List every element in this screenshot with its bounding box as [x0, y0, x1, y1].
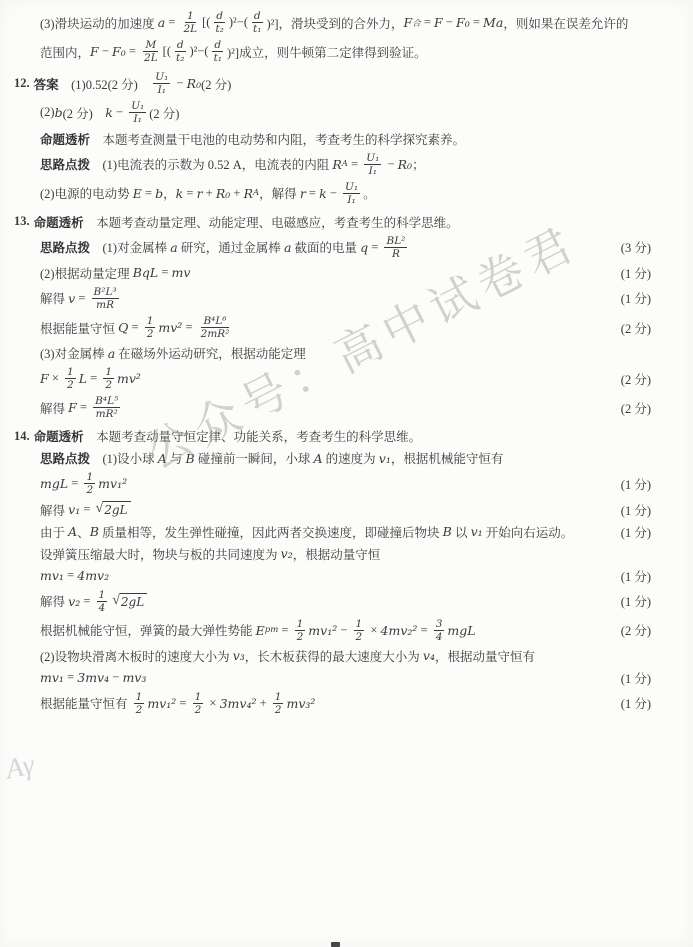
line-content: 思路点拨 (1)电流表的示数为 0.52 A，电流表的内阻 RA = U₁I₁ …	[14, 151, 651, 178]
text-run: ，则如果在误差允许的	[503, 14, 628, 32]
fraction-numerator: d	[212, 39, 223, 52]
math-variable: BqL	[133, 265, 159, 280]
text-run: −	[384, 157, 397, 172]
math-variable: 3mv₄²	[220, 696, 257, 711]
solution-line: 解得 v = B²L³mR(1 分)	[14, 285, 651, 312]
fraction-numerator: U₁	[343, 181, 360, 194]
page-number-partial	[331, 942, 340, 947]
text-run: (2)	[40, 105, 55, 120]
score-label: (2 分)	[621, 399, 651, 417]
text-run: ，	[163, 184, 176, 202]
math-variable: a	[170, 240, 177, 255]
score-label: (1 分)	[621, 694, 651, 712]
text-run: ；	[412, 155, 425, 173]
fraction: 12	[103, 366, 114, 391]
math-variable: L	[79, 371, 87, 386]
text-run: =	[182, 320, 195, 335]
line-content: 根据能量守恒 Q = 12mv² = B⁴L⁶2mR²	[14, 314, 611, 341]
fraction: 12	[354, 618, 365, 643]
score-label: (1 分)	[621, 264, 651, 282]
text-run: −	[113, 105, 126, 120]
text-run: =	[142, 186, 155, 201]
bold-label: 思路点拨	[40, 449, 90, 467]
fraction-numerator: 1	[65, 366, 76, 379]
bold-label: 思路点拨	[40, 238, 90, 256]
fraction-denominator: 2mR²	[199, 328, 232, 340]
solution-line: (3)滑块运动的加速度 a = 12L[(dt₂)²−(dt₁)²]，滑块受到的…	[14, 9, 651, 36]
fraction: U₁I₁	[364, 152, 381, 177]
fraction-denominator: t₂	[174, 52, 186, 64]
math-variable: v₃	[233, 648, 245, 663]
radical-sign: √	[112, 593, 120, 610]
text-run: 本题考查动量守恒定律、功能关系，考查考生的科学思维。	[84, 427, 422, 445]
math-variable: A	[313, 451, 322, 466]
fraction: 12	[65, 366, 76, 391]
text-run: (1)0.52(2 分)	[59, 75, 151, 93]
text-run: (3)滑块运动的加速度	[40, 14, 158, 32]
math-variable: B	[90, 524, 99, 539]
fraction-numerator: B²L³	[92, 286, 119, 299]
solution-line: 命题透析 本题考查测量干电池的电动势和内阻，考查考生的科学探究素养。	[14, 129, 651, 149]
fraction: 12	[295, 618, 306, 643]
text-run: 本题考查动量定理、动能定理、电磁感应，考查考生的科学思维。	[84, 213, 459, 231]
text-run: +	[256, 696, 269, 711]
text-run: −	[99, 44, 112, 59]
line-content: 答案 (1)0.52(2 分) U₁I₁ − R₀(2 分)	[34, 70, 651, 97]
radicand: 2gL	[103, 501, 130, 517]
text-run: 、	[77, 523, 90, 541]
text-run: 。	[363, 184, 376, 202]
bold-label: 命题透析	[34, 427, 84, 445]
fraction-numerator: d	[175, 39, 186, 52]
fraction: U₁I₁	[129, 100, 146, 125]
math-variable: E	[133, 186, 142, 201]
text-run: =	[68, 476, 81, 491]
solution-line: 12.答案 (1)0.52(2 分) U₁I₁ − R₀(2 分)	[14, 70, 651, 97]
math-variable: mgL	[40, 476, 68, 491]
math-variable: v₁	[68, 502, 80, 517]
fraction: dt₂	[213, 10, 225, 35]
fraction-numerator: d	[214, 10, 225, 23]
text-run: 的速度为	[323, 449, 379, 467]
fraction-numerator: U₁	[364, 152, 381, 165]
fraction-numerator: 1	[193, 691, 204, 704]
solution-line: 由于 A、B 质量相等，发生弹性碰撞，因此两者交换速度，即碰撞后物块 B 以 v…	[14, 522, 651, 542]
text-run: =	[278, 623, 291, 638]
fraction-denominator: mR	[94, 299, 116, 311]
score-label: (2 分)	[621, 319, 651, 337]
text-run: 根据机械能守恒，弹簧的最大弹性势能	[40, 621, 256, 639]
score-label: (1 分)	[621, 669, 651, 687]
solution-line: 思路点拨 (1)电流表的示数为 0.52 A，电流表的内阻 RA = U₁I₁ …	[14, 151, 651, 178]
fraction-denominator: 2	[273, 704, 284, 716]
solution-line: 思路点拨 (1)设小球 A 与 B 碰撞前一瞬间，小球 A 的速度为 v₁，根据…	[14, 448, 651, 468]
text-run: =	[183, 186, 196, 201]
text-run: 解得	[40, 592, 68, 610]
line-content: mv₁ = 3mv₄ − mv₃	[14, 670, 611, 685]
bold-label: 答案	[34, 75, 59, 93]
solution-lines-container: (3)滑块运动的加速度 a = 12L[(dt₂)²−(dt₁)²]，滑块受到的…	[0, 0, 693, 717]
bold-label: 命题透析	[40, 130, 90, 148]
fraction: 12L	[181, 10, 199, 35]
fraction: U₁I₁	[343, 181, 360, 206]
text-run: =	[348, 157, 361, 172]
fraction-numerator: B⁴L⁵	[93, 395, 120, 408]
solution-line: F × 12L = 12mv²(2 分)	[14, 365, 651, 392]
math-variable: 3mv₄	[77, 670, 109, 685]
text-run: 与	[167, 449, 186, 467]
text-run: 解得	[40, 289, 68, 307]
fraction-denominator: 2	[134, 704, 145, 716]
math-variable: Ma	[483, 15, 503, 30]
text-run: 本题考查测量干电池的电动势和内阻，考查考生的科学探究素养。	[90, 130, 465, 148]
score-label: (1 分)	[621, 475, 651, 493]
fraction-denominator: 2	[84, 484, 95, 496]
fraction-numerator: 1	[354, 618, 365, 631]
fraction-denominator: I₁	[367, 165, 379, 177]
text-run: (3)对金属棒	[40, 344, 108, 362]
text-run: 开始向右运动。	[483, 523, 574, 541]
solution-line: mv₁ = 3mv₄ − mv₃(1 分)	[14, 668, 651, 688]
math-variable: q	[360, 240, 368, 255]
score-label: (1 分)	[621, 523, 651, 541]
line-content: (2)设物块滑离木板时的速度大小为 v₃，长木板获得的最大速度大小为 v₄，根据…	[14, 647, 651, 665]
math-variable: F	[68, 400, 77, 415]
solution-line: (3)对金属棒 a 在磁场外运动研究，根据动能定理	[14, 343, 651, 363]
solution-line: (2)根据动量定理 BqL = mv(1 分)	[14, 263, 651, 283]
text-run: =	[126, 44, 139, 59]
text-run: )²−(	[189, 44, 208, 59]
fraction-denominator: 2L	[142, 52, 160, 64]
fraction-denominator: mR²	[94, 408, 120, 420]
line-content: 解得 v = B²L³mR	[14, 285, 611, 312]
line-content: 命题透析 本题考查测量干电池的电动势和内阻，考查考生的科学探究素养。	[14, 130, 651, 148]
line-content: 由于 A、B 质量相等，发生弹性碰撞，因此两者交换速度，即碰撞后物块 B 以 v…	[14, 523, 611, 541]
text-run: =	[176, 696, 189, 711]
line-content: mgL = 12mv₁²	[14, 470, 611, 497]
text-run: 质量相等，发生弹性碰撞，因此两者交换速度，即碰撞后物块	[99, 523, 443, 541]
math-variable: F₀	[456, 15, 470, 30]
solution-line: mgL = 12mv₁²(1 分)	[14, 470, 651, 497]
solution-line: 思路点拨 (1)对金属棒 a 研究，通过金属棒 a 截面的电量 q = BL²R…	[14, 234, 651, 261]
radical-sign: √	[96, 501, 104, 518]
math-variable: mv²	[158, 320, 182, 335]
text-run: (2)根据动量定理	[40, 264, 133, 282]
fraction-denominator: 2	[145, 328, 156, 340]
sqrt-expression: √2gL	[96, 501, 131, 518]
math-variable: mv₃	[122, 670, 146, 685]
line-content: 思路点拨 (1)对金属棒 a 研究，通过金属棒 a 截面的电量 q = BL²R	[14, 234, 611, 261]
solution-line: (2)b(2 分) k − U₁I₁(2 分)	[14, 99, 651, 126]
text-run: (1)对金属棒	[90, 238, 170, 256]
text-run: )²]成立，则牛顿第二定律得到验证。	[227, 43, 427, 61]
solution-line: 14.命题透析 本题考查动量守恒定律、功能关系，考查考生的科学思维。	[14, 426, 651, 446]
score-label: (2 分)	[621, 621, 651, 639]
bold-label: 命题透析	[34, 213, 84, 231]
math-variable: F	[434, 15, 443, 30]
math-variable: v	[68, 291, 75, 306]
line-content: F × 12L = 12mv²	[14, 365, 611, 392]
line-content: 思路点拨 (1)设小球 A 与 B 碰撞前一瞬间，小球 A 的速度为 v₁，根据…	[14, 449, 651, 467]
line-content: 设弹簧压缩最大时，物块与板的共同速度为 v₂，根据动量守恒	[14, 545, 651, 563]
line-content: 命题透析 本题考查动量定理、动能定理、电磁感应，考查考生的科学思维。	[34, 213, 651, 231]
line-content: (2)b(2 分) k − U₁I₁(2 分)	[14, 99, 651, 126]
math-variable: a	[158, 15, 165, 30]
text-run: =	[87, 371, 100, 386]
text-run: (1)电流表的示数为 0.52 A，电流表的内阻	[90, 155, 332, 173]
math-variable: a	[108, 346, 115, 361]
math-variable: 4mv₂²	[381, 623, 418, 638]
text-run: +	[230, 186, 243, 201]
fraction-numerator: 1	[185, 10, 196, 23]
fraction-numerator: 1	[145, 315, 156, 328]
subscript: pm	[265, 625, 279, 635]
math-variable: E	[256, 623, 265, 638]
fraction-numerator: B⁴L⁶	[201, 315, 228, 328]
solution-line: 13.命题透析 本题考查动量定理、动能定理、电磁感应，考查考生的科学思维。	[14, 212, 651, 232]
fraction: 12	[145, 315, 156, 340]
fraction-denominator: 4	[434, 631, 445, 643]
score-label: (1 分)	[621, 501, 651, 519]
fraction-denominator: 2	[65, 379, 76, 391]
solution-line: 解得 v₁ = √2gL(1 分)	[14, 500, 651, 520]
fraction: M2L	[142, 39, 160, 64]
text-run: =	[64, 670, 77, 685]
line-content: 范围内，F − F₀ = M2L[(dt₂)²−(dt₁)²]成立，则牛顿第二定…	[14, 38, 651, 65]
fraction: U₁I₁	[153, 71, 170, 96]
fraction: BL²R	[384, 235, 407, 260]
math-variable: 4mv₂	[77, 568, 109, 583]
text-run: 以	[452, 523, 471, 541]
text-run: (1)设小球	[90, 449, 158, 467]
fraction-denominator: t₂	[213, 23, 225, 35]
text-run: ×	[367, 623, 380, 638]
text-run: 解得	[40, 399, 68, 417]
text-run: =	[80, 502, 93, 517]
fraction: dt₁	[251, 10, 263, 35]
solution-line: 设弹簧压缩最大时，物块与板的共同速度为 v₂，根据动量守恒	[14, 544, 651, 564]
text-run: =	[80, 594, 93, 609]
text-run: 由于	[40, 523, 68, 541]
score-label: (1 分)	[621, 289, 651, 307]
text-run: (2)电源的电动势	[40, 184, 133, 202]
fraction-denominator: 2	[193, 704, 204, 716]
math-variable: F	[90, 44, 99, 59]
text-run: [(	[202, 15, 210, 30]
math-variable: B	[186, 451, 195, 466]
text-run: =	[421, 15, 434, 30]
fraction-denominator: 2L	[181, 23, 199, 35]
math-variable: mv₁	[40, 670, 64, 685]
math-variable: mv₃²	[286, 696, 315, 711]
fraction-numerator: 1	[273, 691, 284, 704]
question-number: 12.	[14, 76, 30, 91]
fraction-denominator: R	[390, 248, 402, 260]
text-run: 研究，通过金属棒	[178, 238, 284, 256]
line-content: 解得 v₁ = √2gL	[14, 501, 611, 519]
math-variable: mv₁	[40, 568, 64, 583]
math-variable: mv	[172, 265, 191, 280]
line-content: 根据机械能守恒，弹簧的最大弹性势能 Epm = 12mv₁² − 12 × 4m…	[14, 617, 611, 644]
math-variable: F₀	[112, 44, 126, 59]
fraction: dt₁	[212, 39, 224, 64]
math-variable: k	[319, 186, 327, 201]
text-run: ，根据机械能守恒有	[391, 449, 504, 467]
score-label: (3 分)	[621, 238, 651, 256]
score-label: (1 分)	[621, 592, 651, 610]
text-run: (2)设物块滑离木板时的速度大小为	[40, 647, 233, 665]
text-run: =	[77, 400, 90, 415]
math-variable: a	[284, 240, 291, 255]
math-variable: R₀	[216, 186, 230, 201]
text-run: −	[173, 76, 186, 91]
fraction: 12	[84, 471, 95, 496]
question-number: 14.	[14, 429, 30, 444]
solution-line: (2)设物块滑离木板时的速度大小为 v₃，长木板获得的最大速度大小为 v₄，根据…	[14, 646, 651, 666]
text-run: ×	[206, 696, 219, 711]
fraction: B²L³mR	[92, 286, 119, 311]
math-variable: mgL	[447, 623, 475, 638]
text-run: −	[109, 670, 122, 685]
line-content: 解得 F = B⁴L⁵mR²	[14, 394, 611, 421]
fraction-numerator: U₁	[153, 71, 170, 84]
text-run: −	[337, 623, 350, 638]
text-run: ×	[49, 371, 62, 386]
math-variable: v₁	[471, 524, 483, 539]
question-number: 13.	[14, 214, 30, 229]
fraction-denominator: 2	[354, 631, 365, 643]
line-content: mv₁ = 4mv₂	[14, 568, 611, 583]
math-variable: R₀	[187, 76, 201, 91]
solution-line: 根据机械能守恒，弹簧的最大弹性势能 Epm = 12mv₁² − 12 × 4m…	[14, 617, 651, 644]
text-run: =	[165, 15, 178, 30]
fraction-denominator: t₁	[212, 52, 224, 64]
text-run: =	[158, 265, 171, 280]
math-variable: mv²	[117, 371, 141, 386]
text-run: +	[203, 186, 216, 201]
solution-line: (2)电源的电动势 E = b，k = r + R₀ + RA，解得 r = k…	[14, 180, 651, 207]
fraction-numerator: 1	[103, 366, 114, 379]
text-run: =	[470, 15, 483, 30]
math-variable: R	[244, 186, 253, 201]
text-run: =	[306, 186, 319, 201]
math-variable: k	[105, 105, 113, 120]
text-run: 解得	[40, 501, 68, 519]
radicand: 2gL	[120, 593, 147, 609]
solution-line: mv₁ = 4mv₂(1 分)	[14, 566, 651, 586]
fraction-denominator: I₁	[156, 84, 168, 96]
fraction: 12	[273, 691, 284, 716]
fraction-numerator: M	[143, 39, 158, 52]
score-label: (2 分)	[621, 370, 651, 388]
bold-label: 思路点拨	[40, 155, 90, 173]
text-run: 根据能量守恒	[40, 319, 118, 337]
fraction-numerator: BL²	[384, 235, 407, 248]
math-variable: F	[404, 15, 413, 30]
fraction: 12	[134, 691, 145, 716]
text-run: 碰撞前一瞬间，小球	[195, 449, 314, 467]
math-variable: b	[55, 105, 63, 120]
fraction-numerator: 1	[295, 618, 306, 631]
fraction-numerator: U₁	[129, 100, 146, 113]
line-content: 命题透析 本题考查动量守恒定律、功能关系，考查考生的科学思维。	[34, 427, 651, 445]
exam-answer-sheet-page: 公众号：高中试卷君 Aγ (3)滑块运动的加速度 a = 12L[(dt₂)²−…	[0, 0, 693, 947]
fraction: B⁴L⁵mR²	[93, 395, 120, 420]
math-variable: v₁	[379, 451, 391, 466]
solution-line: 根据能量守恒 Q = 12mv² = B⁴L⁶2mR²(2 分)	[14, 314, 651, 341]
fraction-denominator: 2	[103, 379, 114, 391]
math-variable: k	[176, 186, 184, 201]
text-run: =	[75, 291, 88, 306]
fraction-numerator: 3	[434, 618, 445, 631]
solution-line: 根据能量守恒有 12mv₁² = 12 × 3mv₄² + 12mv₃²(1 分…	[14, 690, 651, 717]
fraction: 14	[97, 589, 108, 614]
fraction-numerator: d	[252, 10, 263, 23]
solution-line: 解得 v₂ = 14√2gL(1 分)	[14, 588, 651, 615]
fraction-denominator: 4	[97, 602, 108, 614]
text-run: =	[417, 623, 430, 638]
text-run: −	[327, 186, 340, 201]
fraction-numerator: 1	[97, 589, 108, 602]
text-run: −	[443, 15, 456, 30]
text-run: ，根据动量守恒	[293, 545, 381, 563]
text-run: [(	[163, 44, 171, 59]
sqrt-expression: √2gL	[112, 593, 147, 610]
math-variable: A	[158, 451, 167, 466]
text-run: =	[64, 568, 77, 583]
text-run: =	[368, 240, 381, 255]
text-run: 根据能量守恒有	[40, 694, 131, 712]
math-variable: Q	[118, 320, 128, 335]
math-variable: v₂	[281, 546, 293, 561]
text-run: (2 分)	[149, 104, 179, 122]
text-run: ，解得	[259, 184, 300, 202]
text-run: )²−(	[229, 15, 248, 30]
text-run: (2 分)	[63, 104, 106, 122]
math-variable: F	[40, 371, 49, 386]
text-run: ，长木板获得的最大速度大小为	[245, 647, 423, 665]
text-run: =	[128, 320, 141, 335]
text-run: )²]，滑块受到的合外力，	[266, 14, 403, 32]
text-run: 在磁场外运动研究，根据动能定理	[115, 344, 306, 362]
text-run: ，根据动量守恒有	[435, 647, 535, 665]
fraction-numerator: 1	[134, 691, 145, 704]
text-run: 设弹簧压缩最大时，物块与板的共同速度为	[40, 545, 281, 563]
fraction-numerator: 1	[84, 471, 95, 484]
line-content: (2)根据动量定理 BqL = mv	[14, 264, 611, 282]
fraction: dt₂	[174, 39, 186, 64]
solution-line: 范围内，F − F₀ = M2L[(dt₂)²−(dt₁)²]成立，则牛顿第二定…	[14, 38, 651, 65]
score-label: (1 分)	[621, 567, 651, 585]
fraction-denominator: 2	[295, 631, 306, 643]
text-run: 截面的电量	[291, 238, 360, 256]
fraction: B⁴L⁶2mR²	[199, 315, 232, 340]
handwriting-mark: Aγ	[3, 749, 37, 786]
math-variable: v₂	[68, 594, 80, 609]
math-variable: mv₁²	[98, 476, 127, 491]
math-variable: B	[443, 524, 452, 539]
math-variable: R	[332, 157, 341, 172]
text-run: 范围内，	[40, 43, 90, 61]
math-variable: mv₁²	[308, 623, 337, 638]
math-variable: A	[68, 524, 77, 539]
line-content: 解得 v₂ = 14√2gL	[14, 588, 611, 615]
fraction: 34	[434, 618, 445, 643]
math-variable: R₀	[398, 157, 412, 172]
line-content: (3)对金属棒 a 在磁场外运动研究，根据动能定理	[14, 344, 651, 362]
line-content: (2)电源的电动势 E = b，k = r + R₀ + RA，解得 r = k…	[14, 180, 651, 207]
line-content: (3)滑块运动的加速度 a = 12L[(dt₂)²−(dt₁)²]，滑块受到的…	[14, 9, 651, 36]
